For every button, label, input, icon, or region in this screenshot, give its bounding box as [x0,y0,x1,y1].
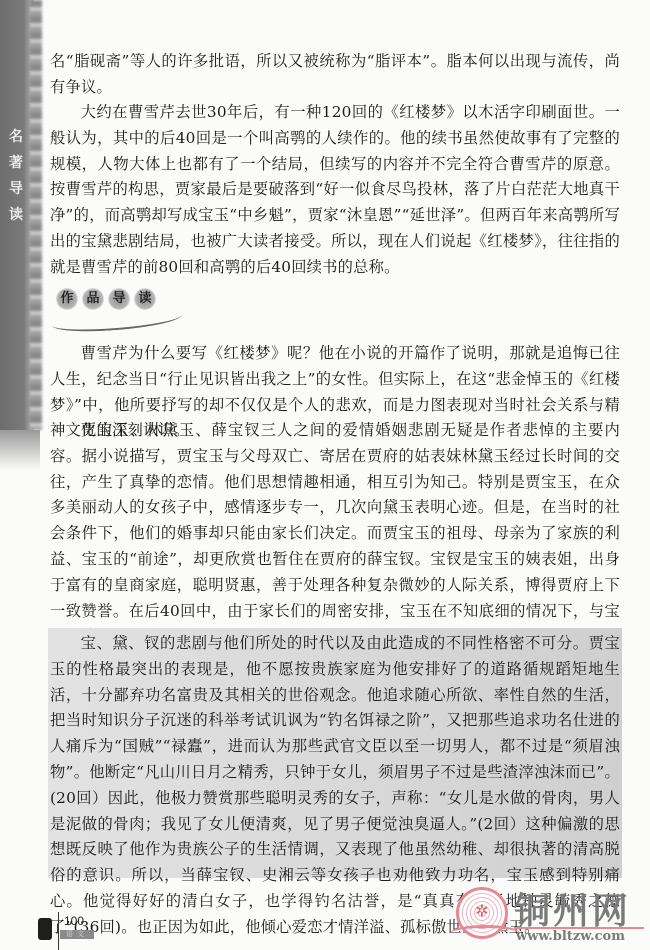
side-tab-char: 读 [9,206,23,224]
paragraph-printing: 大约在曹雪芹去世30年后，有一种120回的《红楼梦》以木活字印刷面世。一般认为，… [50,100,620,281]
section-heading-char: 品 [82,288,104,310]
section-heading-char: 作 [56,288,78,310]
paragraph-intro-tail: 名“脂砚斋”等人的许多批语，所以又被统称为“脂评本”。脂本何以出现与流传，尚有争… [50,49,620,101]
page-number: 100 [64,914,84,928]
side-tab: 名 著 导 读 [0,0,34,430]
side-tab-char: 导 [9,180,23,198]
wave-logo-icon [450,925,520,942]
watermark: 铜州网 www.bltzw.com [456,885,646,947]
subject-tag: 语文 [60,930,94,939]
watermark-url: www.bltzw.com [516,929,625,944]
side-tab-char: 著 [9,154,23,172]
section-heading: 作 品 导 读 [56,288,186,328]
footer-divider [58,912,59,950]
page-footer: 100 语文 [38,912,158,948]
footer-block-icon [38,918,52,940]
side-tab-char: 名 [9,128,23,146]
side-tab-label: 名 著 导 读 [6,128,26,224]
section-heading-char: 导 [108,288,130,310]
